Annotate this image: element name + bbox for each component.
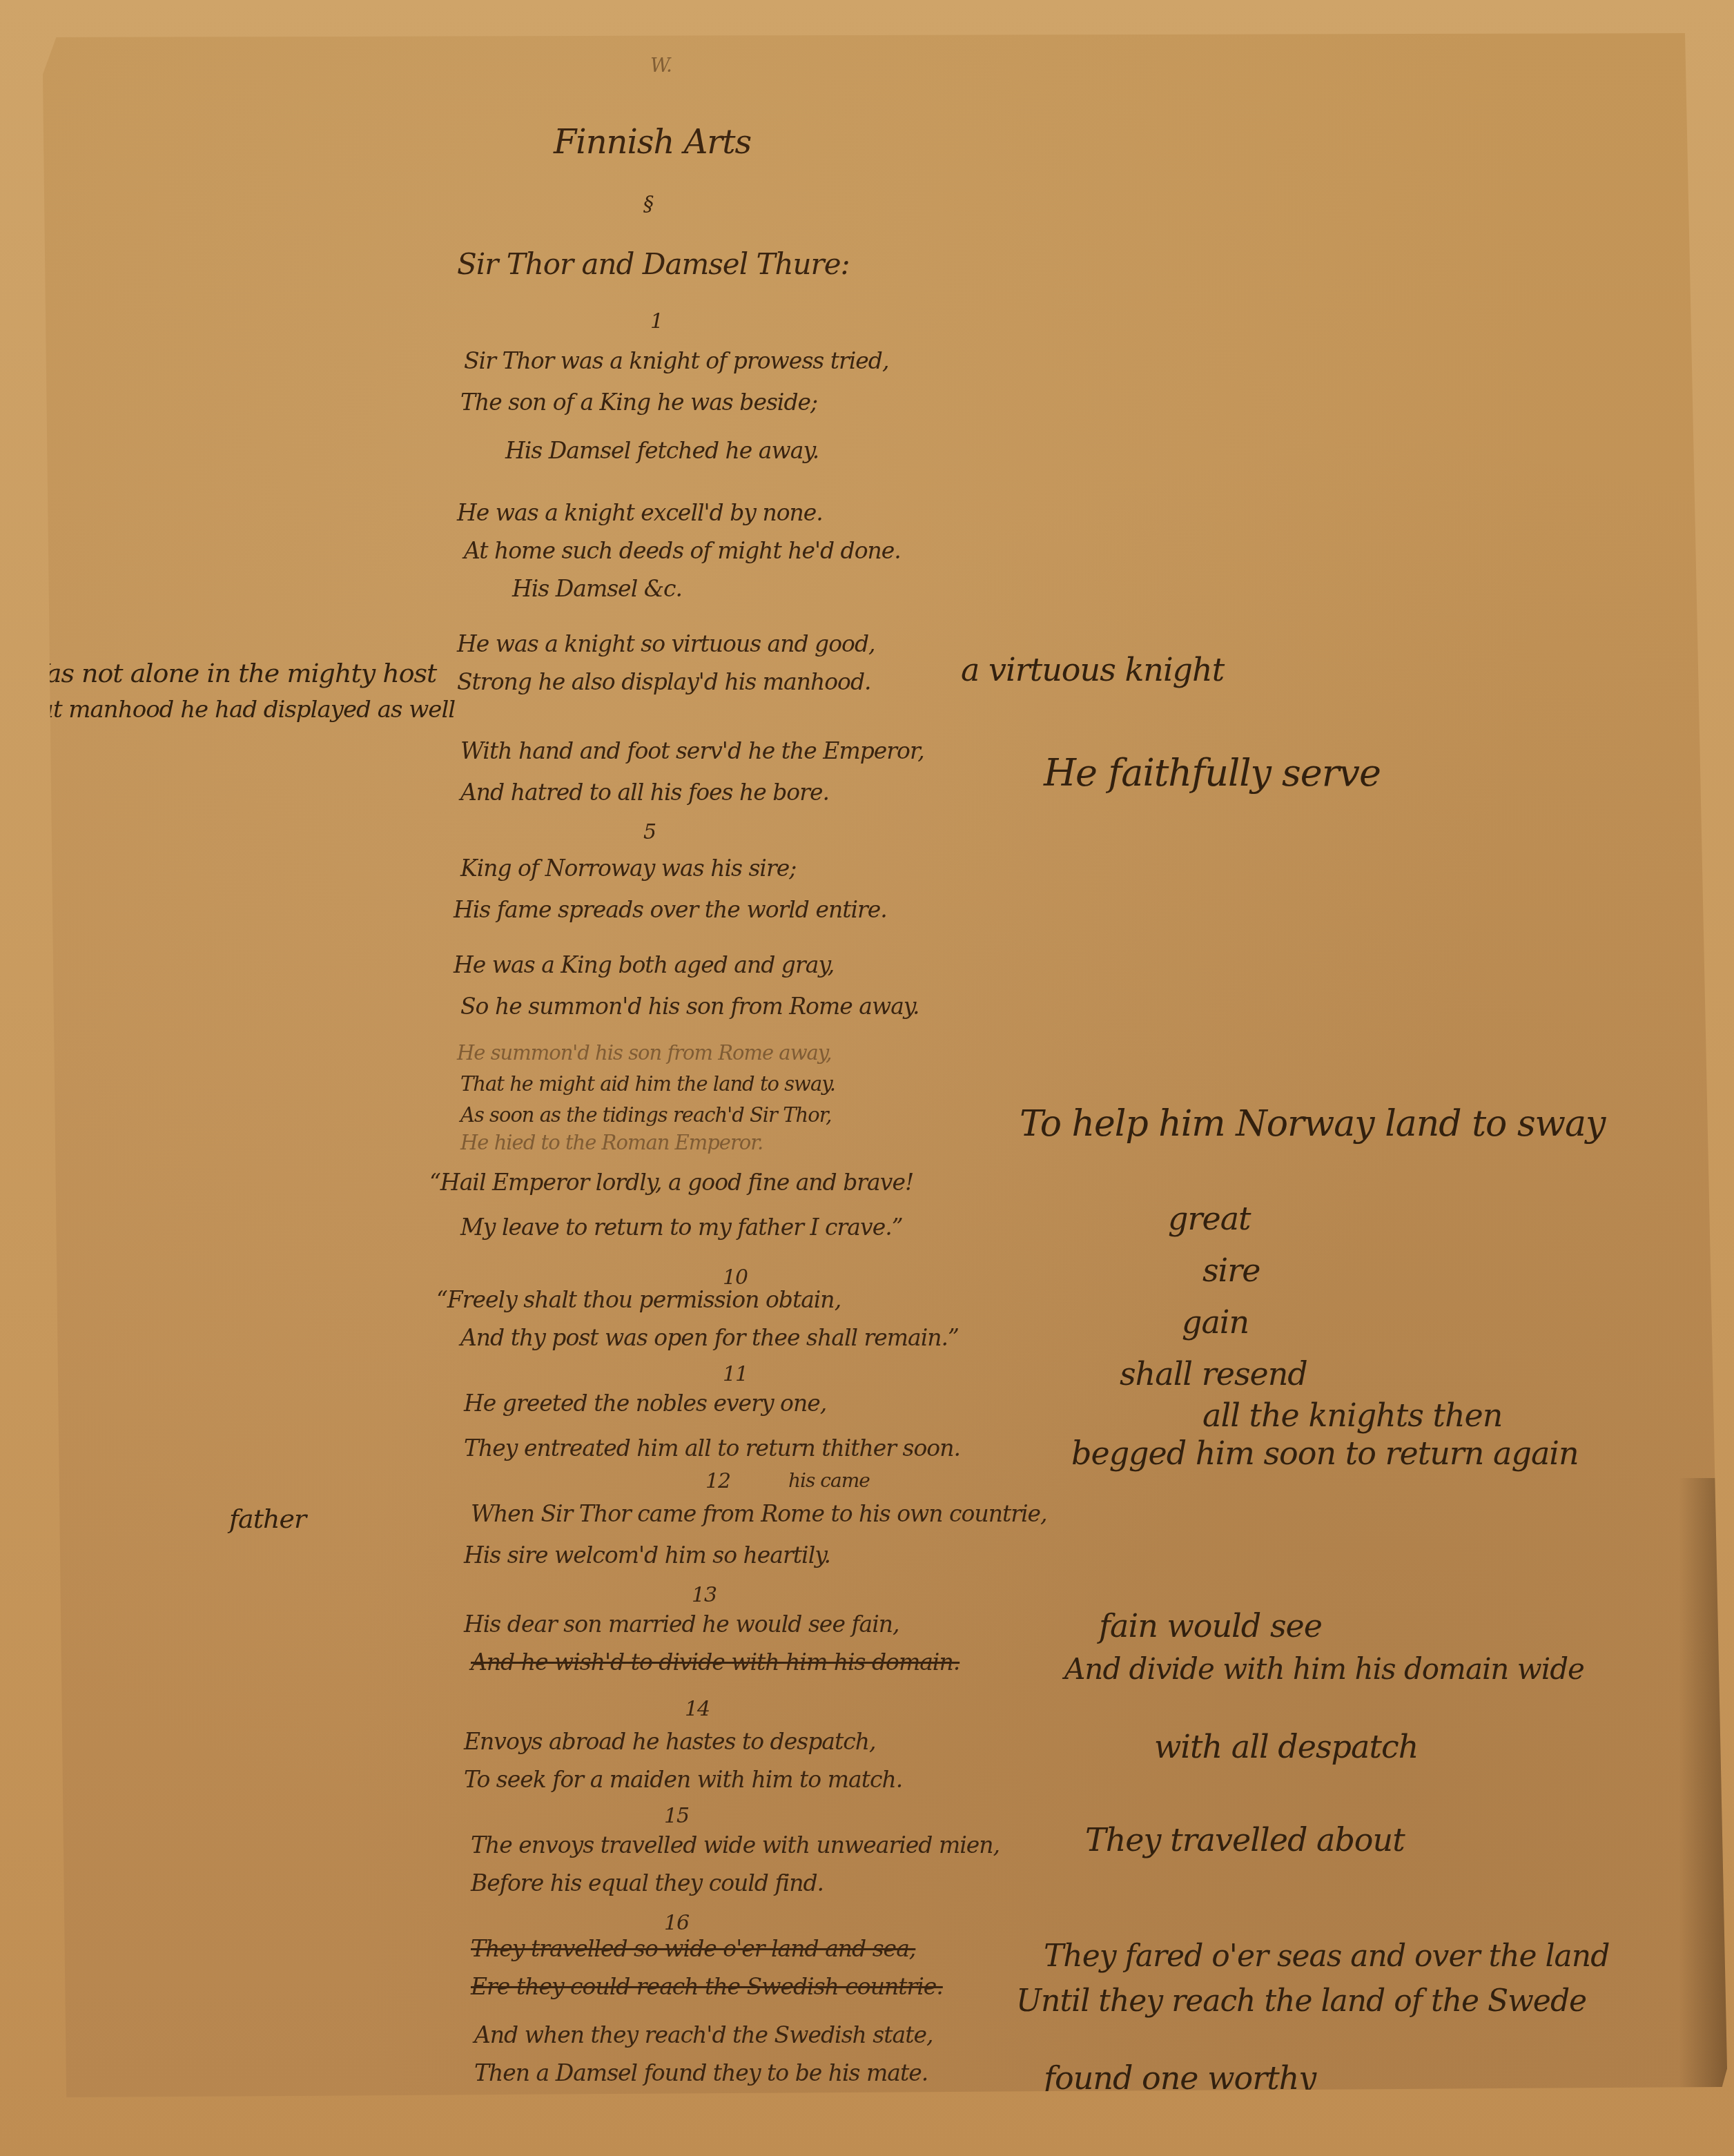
verse-line: To seek for a maiden with him to match. [464, 1766, 902, 1793]
margin-note-right: And divide with him his domain wide [1064, 1652, 1584, 1686]
page-subtitle: Sir Thor and Damsel Thure: [457, 247, 850, 281]
margin-note-right: a virtuous knight [961, 651, 1224, 688]
stanza-number: 1 [650, 309, 663, 333]
verse-line: His sire welcom'd him so heartily. [464, 1542, 830, 1569]
stanza-number: 14 [685, 1697, 710, 1721]
margin-note-left: But manhood he had displayed as well [22, 696, 455, 723]
margin-note-right: all the knights then [1202, 1397, 1502, 1434]
verse-line: When Sir Thor came from Rome to his own … [471, 1500, 1047, 1527]
margin-note-right: Until they reach the land of the Swede [1016, 1983, 1586, 2019]
verse-line: “Hail Emperor lordly, a good fine and br… [429, 1169, 913, 1196]
verse-line: With hand and foot serv'd he the Emperor… [460, 737, 924, 764]
margin-note-right: They travelled about [1085, 1821, 1405, 1858]
verse-line: As soon as the tidings reach'd Sir Thor, [460, 1103, 832, 1127]
verse-line: Sir Thor was a knight of prowess tried, [464, 347, 888, 374]
stanza-number: 15 [664, 1804, 689, 1828]
margin-note-right: fain would see [1099, 1607, 1322, 1644]
margin-note-left: Was not alone in the mighty host [22, 658, 436, 688]
verse-line: He summon'd his son from Rome away, [457, 1041, 832, 1065]
margin-note-right: begged him soon to return again [1071, 1435, 1579, 1472]
verse-line: Then a Damsel found they to be his mate. [474, 2059, 928, 2086]
verse-line: Envoys abroad he hastes to despatch, [464, 1728, 876, 1755]
verse-line: At home such deeds of might he'd done. [464, 537, 901, 564]
verse-line: He was a knight so virtuous and good, [457, 630, 875, 657]
title-ornament: § [643, 192, 653, 216]
verse-line-struck: Ere they could reach the Swedish countri… [471, 1973, 943, 2000]
stanza-number: 16 [664, 1911, 689, 1935]
verse-line: King of Norroway was his sire; [460, 855, 796, 882]
margin-note-right: great [1168, 1200, 1251, 1237]
margin-note-father: father [229, 1504, 306, 1534]
stanza-number: 11 [723, 1362, 748, 1386]
margin-note-right: with all despatch [1154, 1728, 1418, 1765]
verse-line: “Freely shalt thou permission obtain, [436, 1286, 841, 1313]
verse-line: He was a knight excell'd by none. [457, 499, 823, 526]
verse-line: His fame spreads over the world entire. [454, 896, 887, 923]
verse-line: They entreated him all to return thither… [464, 1435, 960, 1461]
verse-line: He hied to the Roman Emperor. [460, 1131, 763, 1154]
verse-line: And hatred to all his foes he bore. [460, 779, 829, 806]
verse-line: Strong he also display'd his manhood. [457, 668, 871, 695]
stanza-number: 13 [692, 1583, 717, 1607]
verse-line: So he summon'd his son from Rome away. [460, 993, 919, 1020]
margin-note-right: sire [1202, 1252, 1260, 1289]
verse-line: And when they reach'd the Swedish state, [474, 2021, 933, 2048]
verse-line-struck: They travelled so wide o'er land and sea… [471, 1935, 915, 1962]
verse-line: That he might aid him the land to sway. [460, 1072, 835, 1096]
verse-line: My leave to return to my father I crave.… [460, 1214, 903, 1241]
verse-line: The envoys travelled wide with unwearied… [471, 1832, 1000, 1858]
verse-line: His Damsel &c. [512, 575, 682, 602]
margin-note-right: He faithfully serve [1044, 751, 1381, 795]
stanza-number: 12 [705, 1469, 730, 1493]
verse-line: Before his equal they could find. [471, 1869, 824, 1896]
manuscript-page: W. Finnish Arts § Sir Thor and Damsel Th… [43, 33, 1727, 2097]
margin-note-right: They fared o'er seas and over the land [1044, 1939, 1609, 1974]
verse-line: His Damsel fetched he away. [505, 437, 819, 464]
verse-line: His dear son married he would see fain, [464, 1611, 899, 1638]
verse-insertion: his came [788, 1469, 870, 1492]
top-mark: W. [650, 54, 672, 77]
verse-line: He greeted the nobles every one, [464, 1390, 826, 1417]
verse-line: The son of a King he was beside; [460, 389, 817, 416]
page-title: Finnish Arts [554, 123, 751, 162]
margin-note-right: shall resend [1120, 1355, 1307, 1392]
verse-line-struck: And he wish'd to divide with him his dom… [471, 1649, 959, 1676]
verse-line: He was a King both aged and gray, [454, 951, 834, 978]
margin-note-right: To help him Norway land to sway [1020, 1103, 1605, 1145]
verse-line: And thy post was open for thee shall rem… [460, 1324, 959, 1351]
margin-note-right: gain [1182, 1303, 1249, 1341]
stanza-number: 5 [643, 820, 656, 844]
